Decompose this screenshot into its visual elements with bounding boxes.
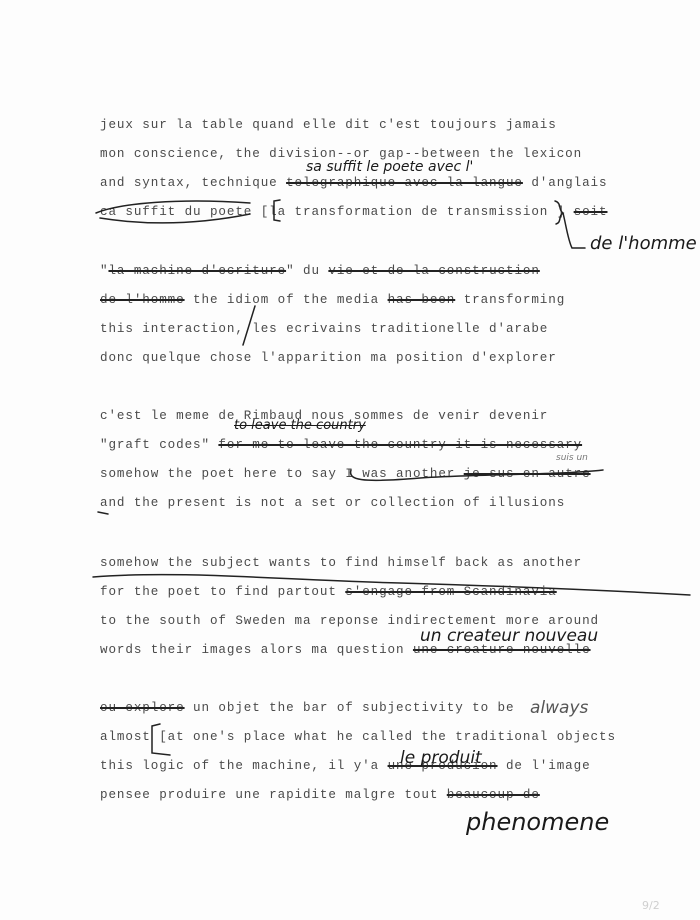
typed-text: and syntax, technique bbox=[100, 176, 286, 190]
typed-line: "la machine d'ecriture" du vie et de la … bbox=[100, 263, 540, 279]
typed-text: " du bbox=[286, 264, 328, 278]
typed-line: "graft codes" for me to leave the countr… bbox=[100, 437, 582, 453]
annotation-suis-un: suis un bbox=[556, 454, 588, 463]
typed-text: ca suffit du poete bbox=[100, 205, 252, 219]
struck-text: vie et de la construction bbox=[328, 264, 539, 278]
typed-line: somehow the poet here to say I was anoth… bbox=[100, 466, 591, 482]
typed-line: donc quelque chose l'apparition ma posit… bbox=[100, 350, 557, 366]
typed-line: ou explore un objet the bar of subjectiv… bbox=[100, 700, 514, 716]
annotation-to-leave: to leave the country bbox=[234, 419, 366, 432]
typed-text: somehow the poet here to say bbox=[100, 467, 345, 481]
typed-text: the idiom of the media bbox=[185, 293, 388, 307]
typed-text: words their images alors ma question bbox=[100, 643, 413, 657]
struck-text: telegraphique avec la langue bbox=[286, 176, 523, 190]
typed-text: jeux sur la table quand elle dit c'est t… bbox=[100, 118, 557, 132]
typed-text: donc quelque chose l'apparition ma posit… bbox=[100, 351, 557, 365]
typed-line: ca suffit du poete [la transformation de… bbox=[100, 204, 607, 220]
annotation-createur: un createur nouveau bbox=[420, 628, 598, 645]
typed-text: almost [at one's place what he called th… bbox=[100, 730, 616, 744]
typed-text: for the poet to find partout bbox=[100, 585, 345, 599]
struck-text: s'engage from Scandinavia bbox=[345, 585, 556, 599]
annotation-phenomene: phenomene bbox=[466, 810, 609, 834]
struck-text: beaucoup de bbox=[447, 788, 540, 802]
typed-text: transforming bbox=[455, 293, 565, 307]
typed-text: I was another bbox=[345, 467, 455, 481]
typed-text: somehow the subject wants to find himsel… bbox=[100, 556, 582, 570]
typed-text: de l'image bbox=[498, 759, 591, 773]
annotation-de-lhomme: de l'homme bbox=[590, 235, 697, 253]
typed-line: somehow the subject wants to find himsel… bbox=[100, 555, 582, 571]
typed-text: un objet the bar of subjectivity to be bbox=[185, 701, 515, 715]
page-number: 9/2 bbox=[642, 899, 660, 912]
typed-line: this logic of the machine, il y'a une pr… bbox=[100, 758, 591, 774]
struck-text: ou explore bbox=[100, 701, 185, 715]
annotation-le-produit: le produit bbox=[400, 750, 482, 767]
typed-line: de l'homme the idiom of the media has be… bbox=[100, 292, 565, 308]
typed-line: this interaction, les ecrivains traditio… bbox=[100, 321, 548, 337]
typed-line: and syntax, technique telegraphique avec… bbox=[100, 175, 607, 191]
typed-text: this logic of the machine, il y'a bbox=[100, 759, 388, 773]
struck-text: has been bbox=[388, 293, 456, 307]
typed-text bbox=[455, 467, 463, 481]
annotation-sa-suffit: sa suffit le poete avec l' bbox=[306, 160, 473, 174]
typed-line: pensee produire une rapidite malgre tout… bbox=[100, 787, 540, 803]
typed-line: for the poet to find partout s'engage fr… bbox=[100, 584, 557, 600]
typed-text: this interaction, les ecrivains traditio… bbox=[100, 322, 548, 336]
annotation-always: always bbox=[530, 700, 588, 717]
typed-line: almost [at one's place what he called th… bbox=[100, 729, 616, 745]
struck-text: la machine d'ecriture bbox=[108, 264, 286, 278]
struck-text: soit bbox=[574, 205, 608, 219]
typed-line: jeux sur la table quand elle dit c'est t… bbox=[100, 117, 557, 133]
typed-text: "graft codes" bbox=[100, 438, 218, 452]
typed-text: [la transformation de transmission ] bbox=[252, 205, 573, 219]
typed-text: d'anglais bbox=[523, 176, 608, 190]
typed-text: and the present is not a set or collecti… bbox=[100, 496, 565, 510]
struck-text: de l'homme bbox=[100, 293, 185, 307]
typed-line: and the present is not a set or collecti… bbox=[100, 495, 565, 511]
struck-text: je sus en autre bbox=[464, 467, 591, 481]
typescript-page: jeux sur la table quand elle dit c'est t… bbox=[0, 0, 700, 920]
typed-text: pensee produire une rapidite malgre tout bbox=[100, 788, 447, 802]
handwritten-marks bbox=[0, 0, 700, 920]
struck-text: for me to leave the country it is necess… bbox=[218, 438, 582, 452]
